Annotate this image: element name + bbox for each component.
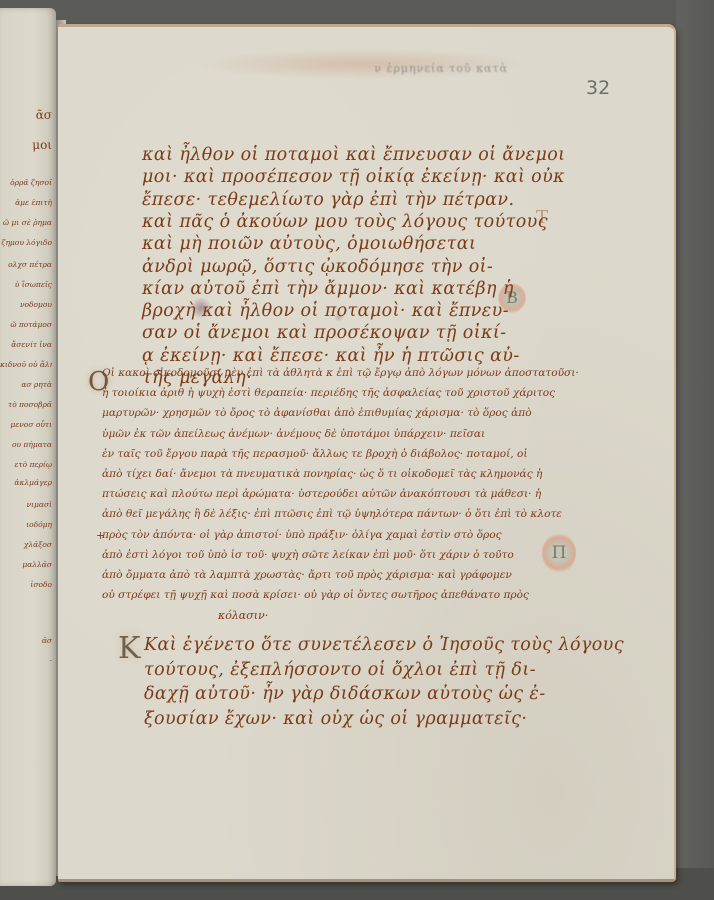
left-page-line: ἀμε ἐπιτὴ	[0, 198, 52, 207]
left-page-line: ῶ μι σὲ ῥημα	[0, 218, 52, 227]
text-line: ἔπεσε· τεθεμελίωτο γὰρ ἐπὶ τὴν πέτραν.	[142, 190, 514, 210]
left-page-line: ·	[0, 656, 52, 665]
text-line: καὶ μὴ ποιῶν αὐτοὺς, ὁμοιωθήσεται	[142, 234, 476, 254]
folio-number: 32	[586, 77, 610, 99]
commentary-line: κόλασιν·	[218, 609, 268, 622]
left-page-line: μαλλᾶσ	[0, 560, 52, 569]
left-page-line: ὑ ἴσωπεῖς	[0, 280, 52, 289]
text-line: τούτους, ἐξεπλήσσοντο οἱ ὄχλοι ἐπὶ τῇ δι…	[144, 660, 536, 680]
commentary-line: Οἱ κακοὶ οἰκοδομοῦσι μὲν ἐπὶ τὰ ἀθλητὰ κ…	[102, 367, 579, 379]
margin-letter-pi: Π	[542, 533, 576, 573]
left-page-line: ᾶσ	[0, 108, 52, 122]
scan-background-right	[676, 0, 714, 900]
commentary-line: ὑμῶν ἐκ τῶν ἀπείλεως ἀνέμων· ἀνέμους δὲ …	[102, 428, 485, 440]
commentary-line: ἐν ταῖς τοῦ ἔργου παρὰ τῆς περασμοῦ· ἄλλ…	[102, 448, 528, 460]
left-page-line: τὸ ποσοβρᾶ	[0, 400, 52, 409]
text-initial: Κ	[118, 631, 140, 666]
left-page-line: μοι	[0, 138, 52, 152]
left-page-line: ιοδόμη	[0, 520, 52, 529]
offset-header-ghost: ν ἑρμηνεία τοῦ κατὰ	[198, 49, 528, 79]
text-line: καὶ πᾶς ὁ ἀκούων μου τοὺς λόγους τούτους	[142, 212, 548, 232]
commentary-line: ἡ τοιοίκια ἀριθ ἡ ψυχὴ ἐστὶ θεραπεία· πε…	[102, 387, 555, 399]
text-line: βροχὴ καὶ ἦλθον οἱ ποταμοὶ· καὶ ἔπνευ-	[142, 301, 509, 321]
text-line: σαν οἱ ἄνεμοι καὶ προσέκοψαν τῇ οἰκί-	[142, 323, 506, 343]
text-line: δαχῇ αὐτοῦ· ἦν γὰρ διδάσκων αὐτοὺς ὡς ἐ-	[144, 684, 546, 704]
left-page-line: ετὸ περίῳ	[0, 460, 52, 469]
left-page-line: ᾶσ	[0, 636, 52, 645]
left-page-line: ἰσοδο	[0, 580, 52, 589]
text-line: μοι· καὶ προσέπεσον τῇ οἰκίᾳ ἐκείνῃ· καὶ…	[142, 167, 565, 187]
commentary-line: ἀπὸ ἐστὶ λόγοι τοῦ ὑπὸ ἰσ τοῦ· ψυχὴ σῶτε…	[102, 549, 514, 561]
commentary-line: οὐ στρέφει τῇ ψυχῇ καὶ ποσὰ κρίσει· οὐ γ…	[102, 589, 529, 601]
commentary-line: ἀπὸ τίχει δαί· ἄνεμοι τὰ πνευματικὰ πονη…	[102, 468, 542, 480]
manuscript-page: ν ἑρμηνεία τοῦ κατὰ 32 Τ Β Π καὶ ἦλθον ο…	[58, 24, 676, 882]
left-page-line: ασ ρητὰ	[0, 380, 52, 389]
left-page-line: ὀρρᾶ ζησοῖ	[0, 178, 52, 187]
left-page-edge: ᾶσμοιὀρρᾶ ζησοῖἀμε ἐπιτὴῶ μι σὲ ῥημαζημο…	[0, 8, 56, 886]
text-line: καὶ ἦλθον οἱ ποταμοὶ καὶ ἔπνευσαν οἱ ἄνε…	[142, 145, 565, 165]
text-line: Καὶ ἐγένετο ὅτε συνετέλεσεν ὁ Ἰησοῦς τοὺ…	[144, 635, 624, 655]
commentary-line: ἀπὸ ὄμματα ἀπὸ τὰ λαμπτὰ χρωστὰς· ἄρτι τ…	[102, 569, 512, 581]
left-page-line: ολχσ πέτρα	[0, 260, 52, 269]
left-page-line: κιδνοῦ οὐ ἄλη	[0, 360, 52, 369]
left-page-line: ου πήματα	[0, 440, 52, 449]
commentary-line: πρὸς τὸν ἀπόντα· οἱ γὰρ ἀπιστοί· ὑπὸ πρά…	[102, 529, 502, 541]
left-page-line: ἀκλμάγερ	[0, 478, 52, 487]
commentary-line: μαρτυρῶν· χρησμῶν τὸ ὄρος τὸ ἀφανίσθαι ἀ…	[102, 407, 532, 419]
commentary-line: ἀπὸ θεῖ μεγάλης ἢ δὲ λέξις· ἐπὶ πτῶσις ἐ…	[102, 508, 562, 520]
text-line: ξουσίαν ἔχων· καὶ οὐχ ὡς οἱ γραμματεῖς·	[144, 709, 527, 729]
left-page-line: μενοσ οὗτι	[0, 420, 52, 429]
text-line: ᾳ ἐκείνῃ· καὶ ἔπεσε· καὶ ἦν ἡ πτῶσις αὐ-	[142, 346, 520, 366]
left-page-line: ῶ ποτάμοσ	[0, 320, 52, 329]
left-page-line: ζημου λόγιδο	[0, 238, 52, 247]
left-page-line: ἄσενίτ ἰνα	[0, 340, 52, 349]
left-page-line: νοδομου	[0, 300, 52, 309]
commentary-line: πτώσεις καὶ πλούτω περὶ ἀρώματα· ὑστερού…	[102, 488, 541, 500]
text-line: ἀνδρὶ μωρῷ, ὅστις ᾠκοδόμησε τὴν οἰ-	[142, 257, 493, 277]
text-line: κίαν αὐτοῦ ἐπὶ τὴν ἄμμον· καὶ κατέβη ἡ	[142, 279, 514, 299]
left-page-line: χλᾶξοσ	[0, 540, 52, 549]
left-page-line: νιμασὶ	[0, 500, 52, 509]
